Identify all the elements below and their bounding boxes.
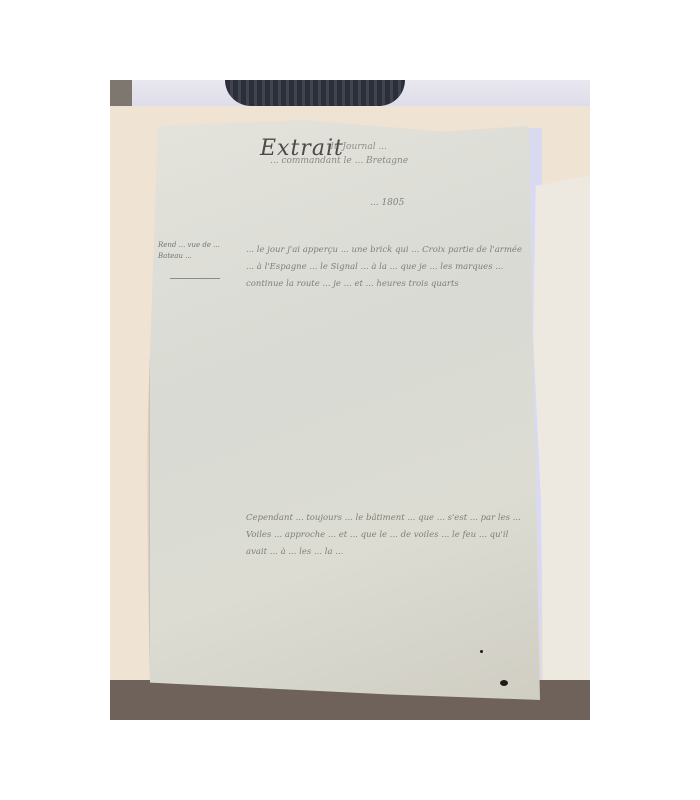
paragraph-2: Cependant ... toujours ... le bâtiment .… [246,510,526,561]
document-title-rest: du Journal ... [328,142,387,152]
document-date: ... 1805 [370,198,404,208]
photograph: Extrait du Journal ... ... commandant le… [110,80,590,720]
paragraph-1: ... le jour j'ai apperçu ... une brick q… [246,242,526,293]
document-subtitle: ... commandant le ... Bretagne [270,156,408,166]
manuscript-page: Extrait du Journal ... ... commandant le… [150,120,540,700]
black-cushion [225,80,405,106]
ink-stain [500,680,508,686]
margin-rule [170,278,220,279]
margin-note: Rend ... vue de ... Bateau ... [158,240,238,262]
ink-spot [480,650,483,653]
